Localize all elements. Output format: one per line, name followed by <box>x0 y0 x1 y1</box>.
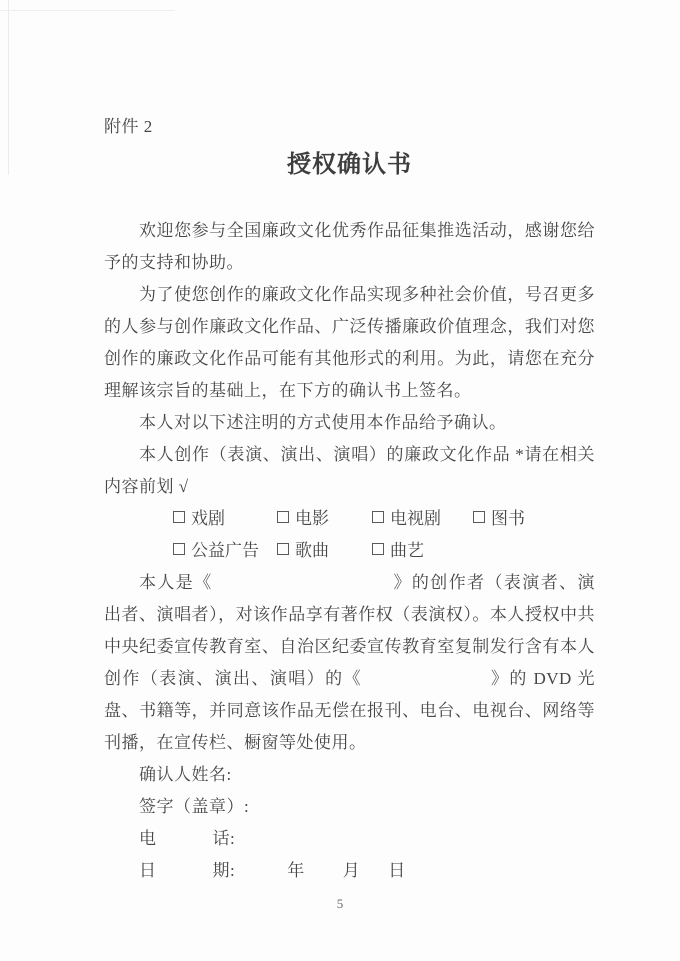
checkbox-icon <box>277 511 289 523</box>
date-month-label: 月 <box>343 861 361 880</box>
signature-seal-label: 签字（盖章）: <box>139 797 249 816</box>
phone-label-left: 电 <box>139 829 157 848</box>
label-gap <box>157 875 213 876</box>
paragraph-welcome: 欢迎您参与全国廉政文化优秀作品征集推选活动，感谢您给予的支持和协助。 <box>104 215 595 279</box>
paragraph-authorization: 本人是《》的创作者（表演者、演出者、演唱者），对该作品享有著作权（表演权）。本人… <box>104 567 595 759</box>
checkbox-song[interactable]: 歌曲 <box>277 535 329 567</box>
scan-edge-artifact-horizontal <box>0 10 175 11</box>
checkbox-row-1: 戏剧 电影 电视剧 图书 <box>104 503 595 535</box>
document-page: 附件 2 授权确认书 欢迎您参与全国廉政文化优秀作品征集推选活动，感谢您给予的支… <box>0 0 680 961</box>
checkbox-book[interactable]: 图书 <box>473 503 525 535</box>
date-gap <box>235 875 287 876</box>
checkbox-quyi[interactable]: 曲艺 <box>372 535 424 567</box>
work-title-blank-2 <box>362 682 490 684</box>
checkbox-label: 公益广告 <box>191 541 259 560</box>
checkbox-movie[interactable]: 电影 <box>277 503 329 535</box>
document-body: 欢迎您参与全国廉政文化优秀作品征集推选活动，感谢您给予的支持和协助。 为了使您创… <box>104 215 595 887</box>
checkbox-icon <box>173 511 185 523</box>
checkbox-row-2: 公益广告 歌曲 曲艺 <box>104 535 595 567</box>
category-instruction-text: 本人创作（表演、演出、演唱）的廉政文化作品 <box>139 445 510 464</box>
document-title: 授权确认书 <box>104 148 595 182</box>
checkbox-label: 电影 <box>295 509 329 528</box>
date-line: 日期:年月日 <box>139 855 595 887</box>
date-gap <box>360 875 388 876</box>
date-label-right: 期: <box>213 861 236 880</box>
attachment-label: 附件 2 <box>104 114 595 140</box>
checkbox-label: 图书 <box>491 509 525 528</box>
scan-edge-artifact-vertical <box>8 0 9 175</box>
checkbox-label: 歌曲 <box>295 541 329 560</box>
paragraph-category-instruction: 本人创作（表演、演出、演唱）的廉政文化作品 *请在相关内容前划 √ <box>104 439 595 503</box>
checkbox-label: 电视剧 <box>390 509 441 528</box>
work-title-blank-1 <box>213 586 393 588</box>
checkbox-label: 曲艺 <box>390 541 424 560</box>
label-gap <box>157 843 213 844</box>
phone-label-right: 话: <box>213 829 236 848</box>
phone-line: 电话: <box>139 823 595 855</box>
confirmer-name-line: 确认人姓名: <box>139 759 595 791</box>
document-content: 附件 2 授权确认书 欢迎您参与全国廉政文化优秀作品征集推选活动，感谢您给予的支… <box>104 114 595 887</box>
checkbox-label: 戏剧 <box>191 509 225 528</box>
checkbox-tv-series[interactable]: 电视剧 <box>372 503 441 535</box>
paragraph-purpose: 为了使您创作的廉政文化作品实现多种社会价值，号召更多的人参与创作廉政文化作品、广… <box>104 279 595 407</box>
checkbox-icon <box>277 543 289 555</box>
date-day-label: 日 <box>388 861 406 880</box>
checkbox-drama[interactable]: 戏剧 <box>173 503 225 535</box>
authorization-text-1: 本人是《 <box>139 573 213 592</box>
checkbox-psa[interactable]: 公益广告 <box>173 535 259 567</box>
checkbox-icon <box>372 511 384 523</box>
checkbox-icon <box>372 543 384 555</box>
paragraph-confirmation-intro: 本人对以下述注明的方式使用本作品给予确认。 <box>104 407 595 439</box>
signature-seal-line: 签字（盖章）: <box>139 791 595 823</box>
date-label-left: 日 <box>139 861 157 880</box>
date-gap <box>305 875 343 876</box>
checkbox-icon <box>473 511 485 523</box>
date-year-label: 年 <box>287 861 305 880</box>
confirmer-name-label: 确认人姓名: <box>139 765 232 784</box>
checkbox-icon <box>173 543 185 555</box>
page-number: 5 <box>0 896 680 912</box>
